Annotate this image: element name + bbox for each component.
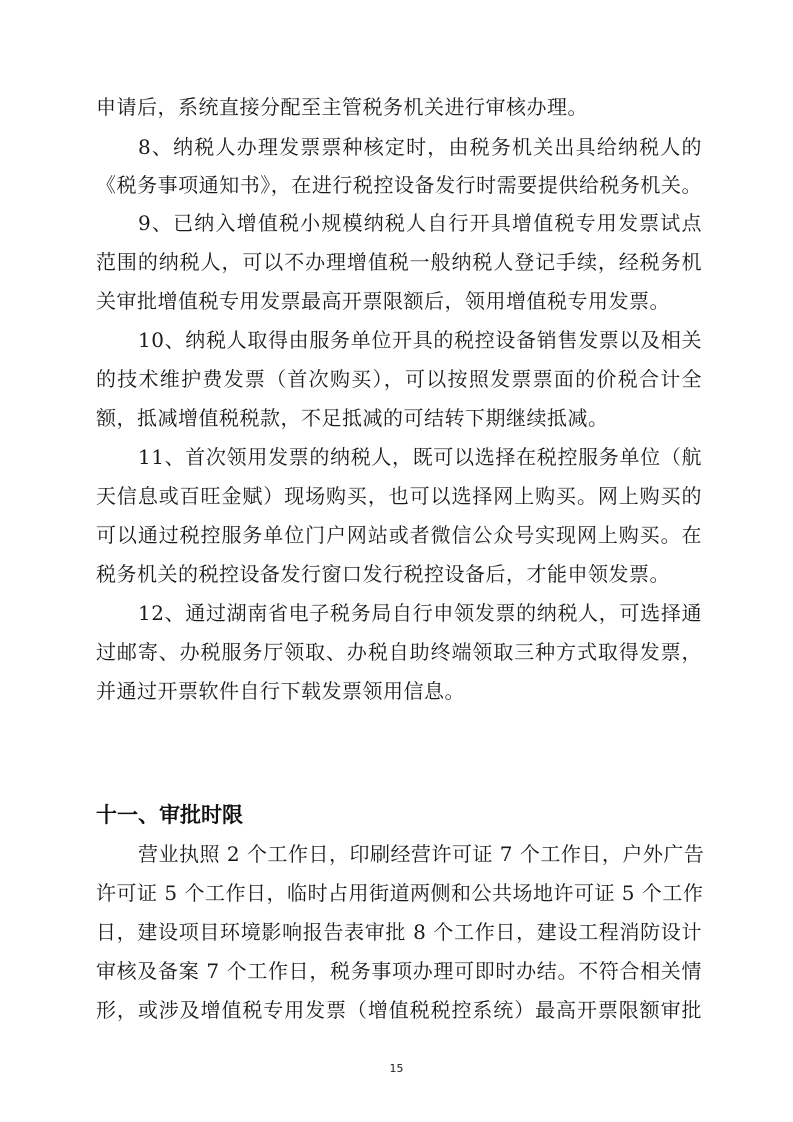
text-line: 税务机关的税控设备发行窗口发行税控设备后，才能申领发票。 bbox=[96, 561, 702, 587]
section-heading: 十一、审批时限 bbox=[96, 802, 243, 828]
text-line: 范围的纳税人，可以不办理增值税一般纳税人登记手续，经税务机 bbox=[96, 249, 702, 275]
text-line: 可以通过税控服务单位门户网站或者微信公众号实现网上购买。在 bbox=[96, 522, 702, 548]
text-line: 形，或涉及增值税专用发票（增值税税控系统）最高开票限额审批 bbox=[96, 997, 702, 1023]
text-line: 的技术维护费发票（首次购买），可以按照发票票面的价税合计全 bbox=[96, 366, 702, 392]
text-line: 过邮寄、办税服务厅领取、办税自助终端领取三种方式取得发票， bbox=[96, 639, 702, 665]
text-line: 10、纳税人取得由服务单位开具的税控设备销售发票以及相关 bbox=[96, 327, 702, 353]
text-line: 审核及备案 7 个工作日，税务事项办理可即时办结。不符合相关情 bbox=[96, 958, 702, 984]
text-line: 11、首次领用发票的纳税人，既可以选择在税控服务单位（航 bbox=[96, 444, 702, 470]
text-line: 营业执照 2 个工作日，印刷经营许可证 7 个工作日，户外广告 bbox=[96, 841, 702, 867]
text-line: 许可证 5 个工作日，临时占用街道两侧和公共场地许可证 5 个工作 bbox=[96, 880, 702, 906]
text-line: 12、通过湖南省电子税务局自行申领发票的纳税人，可选择通 bbox=[96, 600, 702, 626]
text-line: 关审批增值税专用发票最高开票限额后，领用增值税专用发票。 bbox=[96, 288, 702, 314]
text-line: 8、纳税人办理发票票种核定时，由税务机关出具给纳税人的 bbox=[96, 134, 702, 160]
text-line: 《税务事项通知书》，在进行税控设备发行时需要提供给税务机关。 bbox=[96, 172, 702, 198]
text-line: 日，建设项目环境影响报告表审批 8 个工作日，建设工程消防设计 bbox=[96, 919, 702, 945]
text-line: 天信息或百旺金赋）现场购买，也可以选择网上购买。网上购买的 bbox=[96, 483, 702, 509]
text-line: 额，抵减增值税税款，不足抵减的可结转下期继续抵减。 bbox=[96, 405, 702, 431]
text-line: 9、已纳入增值税小规模纳税人自行开具增值税专用发票试点 bbox=[96, 210, 702, 236]
text-line: 并通过开票软件自行下载发票领用信息。 bbox=[96, 678, 702, 704]
text-line: 申请后，系统直接分配至主管税务机关进行审核办理。 bbox=[96, 94, 702, 120]
page-number: 15 bbox=[0, 1062, 793, 1075]
